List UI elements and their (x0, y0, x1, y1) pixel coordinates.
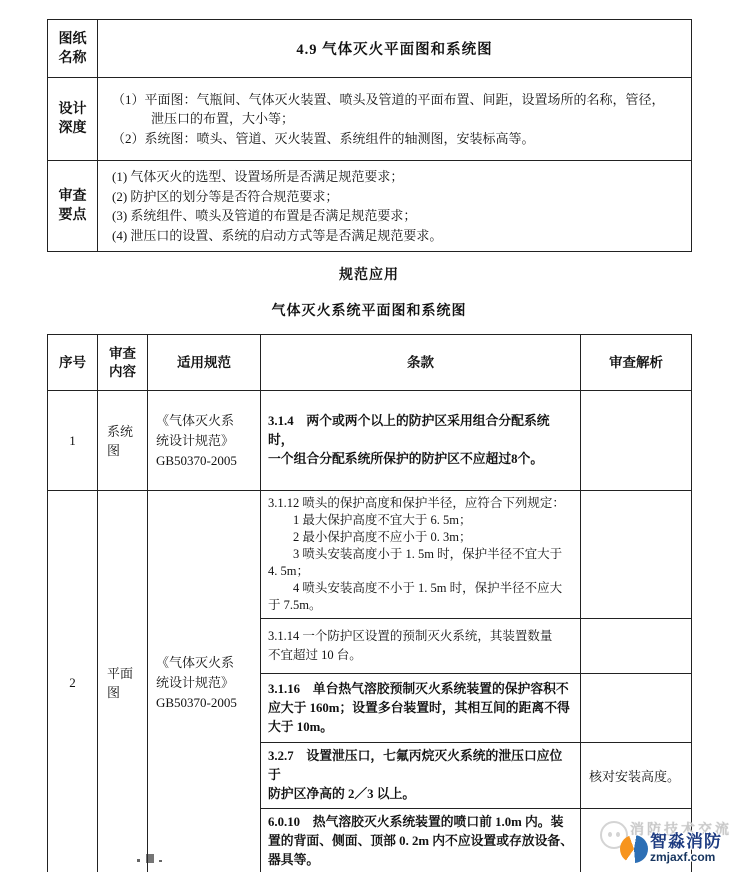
info-label-drawing-name: 图纸 名称 (48, 20, 98, 78)
design-depth-text: （1）平面图：气瓶间、气体灭火装置、喷头及管道的平面布置、间距，设置场所的名称，… (98, 78, 692, 161)
brand-site: zmjaxf.com (650, 851, 722, 864)
clause-3-1-12: 3.1.12 喷头的保护高度和保护半径，应符合下列规定： 1 最大保护高度不宜大… (261, 491, 581, 619)
document-content: 图纸 名称 4.9 气体灭火平面图和系统图 设计 深度 （1）平面图：气瓶间、气… (47, 19, 691, 872)
review-points-text: (1) 气体灭火的选型、设置场所是否满足规范要求； (2) 防护区的划分等是否符… (98, 161, 692, 252)
info-label-review-points: 审查 要点 (48, 161, 98, 252)
review-table: 序号 审查 内容 适用规范 条款 审查解析 1 系统 图 《气体灭火系 统设计规… (47, 334, 692, 872)
header-clause: 条款 (261, 335, 581, 391)
analysis-3-1-12 (581, 491, 692, 619)
analysis-3-2-7: 核对安装高度。 (581, 743, 692, 809)
table-row-system-diagram: 1 系统 图 《气体灭火系 统设计规范》 GB50370-2005 3.1.4 … (48, 391, 692, 491)
row2-standard: 《气体灭火系 统设计规范》 GB50370-2005 (148, 491, 261, 872)
review-table-header: 序号 审查 内容 适用规范 条款 审查解析 (48, 335, 692, 391)
brand-logo-icon (620, 835, 648, 863)
analysis-3-1-14 (581, 619, 692, 674)
info-row-review-points: 审查 要点 (1) 气体灭火的选型、设置场所是否满足规范要求； (2) 防护区的… (48, 161, 692, 252)
drawing-title: 4.9 气体灭火平面图和系统图 (98, 20, 692, 78)
header-standard: 适用规范 (148, 335, 261, 391)
row1-analysis (581, 391, 692, 491)
row1-content-type: 系统 图 (98, 391, 148, 491)
analysis-3-1-16 (581, 674, 692, 743)
clause-6-0-10: 6.0.10 热气溶胶灭火系统装置的喷口前 1.0m 内。装 置的背面、侧面、顶… (261, 809, 581, 872)
section-heading: 规范应用 (47, 266, 691, 286)
table-title: 气体灭火系统平面图和系统图 (47, 302, 691, 322)
clause-3-1-14: 3.1.14 一个防护区设置的预制灭火系统，其装置数量 不宜超过 10 台。 (261, 619, 581, 674)
document-page: 图纸 名称 4.9 气体灭火平面图和系统图 设计 深度 （1）平面图：气瓶间、气… (0, 0, 752, 872)
clause-3-2-7: 3.2.7 设置泄压口，七氟丙烷灭火系统的泄压口应位于 防护区净高的 2／3 以… (261, 743, 581, 809)
table-row-plan-diagram: 2 平面 图 《气体灭火系 统设计规范》 GB50370-2005 3.1.12… (48, 491, 692, 619)
info-row-design-depth: 设计 深度 （1）平面图：气瓶间、气体灭火装置、喷头及管道的平面布置、间距，设置… (48, 78, 692, 161)
info-row-drawing-name: 图纸 名称 4.9 气体灭火平面图和系统图 (48, 20, 692, 78)
row1-standard: 《气体灭火系 统设计规范》 GB50370-2005 (148, 391, 261, 491)
header-seq: 序号 (48, 335, 98, 391)
row2-seq: 2 (48, 491, 98, 872)
print-artifact (137, 854, 165, 864)
row1-seq: 1 (48, 391, 98, 491)
header-content: 审查 内容 (98, 335, 148, 391)
brand-name: 智淼消防 (650, 833, 722, 851)
clause-3-1-16: 3.1.16 单台热气溶胶预制灭火系统装置的保护容积不 应大于 160m；设置多… (261, 674, 581, 743)
clause-3-1-4: 3.1.4 两个或两个以上的防护区采用组合分配系统时， 一个组合分配系统所保护的… (261, 391, 581, 491)
info-table: 图纸 名称 4.9 气体灭火平面图和系统图 设计 深度 （1）平面图：气瓶间、气… (47, 19, 692, 252)
row2-content-type: 平面 图 (98, 491, 148, 872)
header-analysis: 审查解析 (581, 335, 692, 391)
watermark-brand: 智淼消防 zmjaxf.com (620, 833, 722, 864)
watermark: 消防技术交流 智淼消防 zmjaxf.com (598, 816, 752, 872)
info-label-design-depth: 设计 深度 (48, 78, 98, 161)
